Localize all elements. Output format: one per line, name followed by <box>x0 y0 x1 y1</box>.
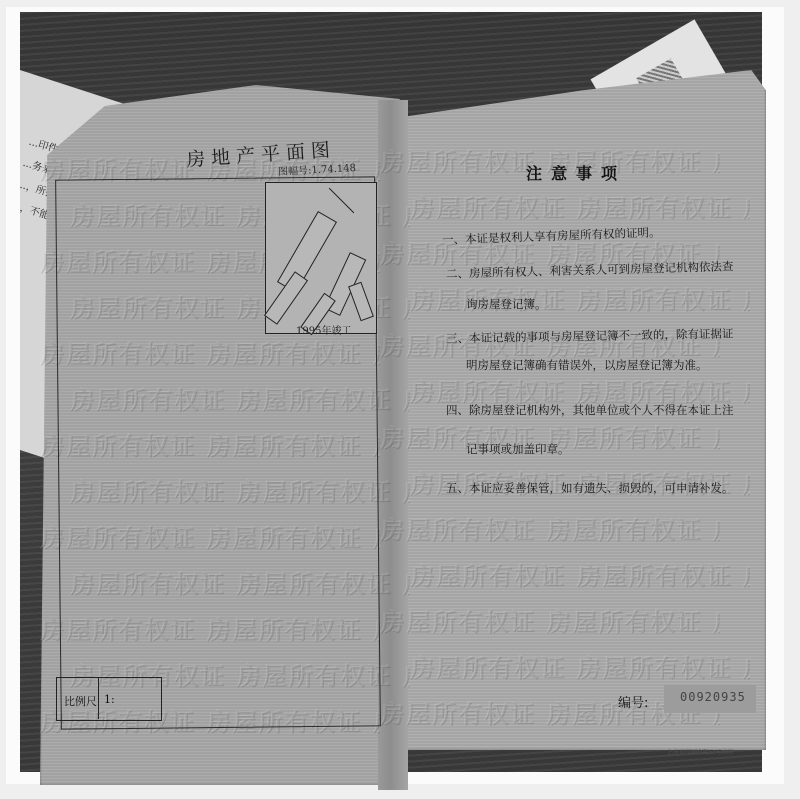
road-line <box>329 188 354 213</box>
watermark-row: 房屋所有权证 房屋所有权证 房屋所有权证 房屋所有权证 <box>410 556 750 591</box>
printer-note: 上海市印刷有限公司承印 <box>667 747 733 756</box>
notice-item-4-cont: 记事项或加盖印章。 <box>466 441 570 457</box>
notice-title: 注意事项 <box>526 161 626 184</box>
serial-number: 00920935 <box>680 690 746 704</box>
map-caption: 1995年竣工 <box>296 322 351 337</box>
watermark-row: 房屋所有权证 房屋所有权证 房屋所有权证 房屋所有权证 <box>410 648 750 683</box>
notice-item-2-cont: 询房屋登记簿。 <box>466 296 547 312</box>
notice-item-5: 五、本证应妥善保管，如有遗失、损毁的，可申请补发。 <box>446 480 734 496</box>
serial-label: 编号: <box>618 692 648 711</box>
notice-item-4: 四、除房屋登记机构外，其他单位或个人不得在本证上注 <box>446 402 734 418</box>
watermark-row: 房屋所有权证 房屋所有权证 房屋所有权证 房屋所有权证 <box>380 510 720 545</box>
watermark-row: 房屋所有权证 房屋所有权证 房屋所有权证 房屋所有权证 <box>380 602 720 637</box>
scale-label: 比例尺 <box>64 693 97 709</box>
site-map <box>265 182 377 334</box>
scale-value: 1: <box>104 693 115 706</box>
scale-divider <box>98 677 99 719</box>
building-shape <box>348 282 374 322</box>
watermark-row: 房屋所有权证 房屋所有权证 房屋所有权证 房屋所有权证 <box>410 280 750 315</box>
watermark-row: 房屋所有权证 房屋所有权证 房屋所有权证 房屋所有权证 <box>410 188 750 223</box>
notice-item-3-cont: 明房屋登记簿确有错误外，以房屋登记簿为准。 <box>466 357 708 373</box>
